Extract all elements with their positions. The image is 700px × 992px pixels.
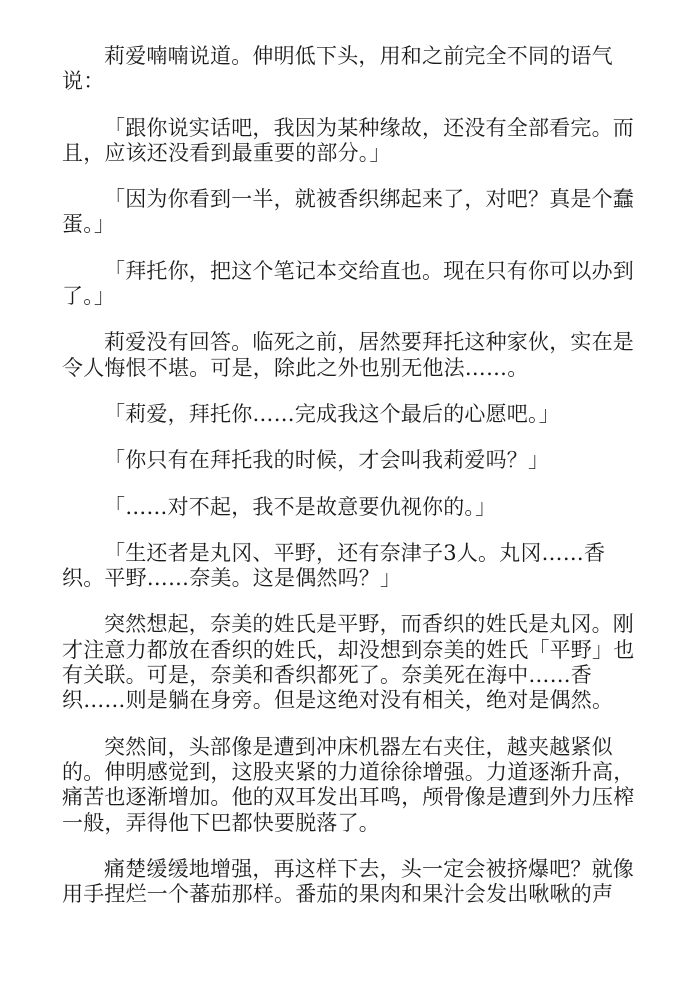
paragraph-8: 「……对不起，我不是故意要仇视你的。」: [62, 495, 634, 520]
paragraph-9: 「生还者是丸冈、平野，还有奈津子3人。丸冈……香 织。平野……奈美。这是偶然吗？…: [62, 541, 634, 592]
text-line: 了。」: [62, 284, 634, 309]
paragraph-3: 「因为你看到一半，就被香织绑起来了，对吧？真是个蠢 蛋。」: [62, 187, 634, 238]
text-line: 痛苦也逐渐增加。他的双耳发出耳鸣，颅骨像是遭到外力压榨: [62, 785, 634, 810]
text-line: 痛楚缓缓地增强，再这样下去，头一定会被挤爆吧？就像: [62, 857, 634, 882]
text-line: 莉爱没有回答。临死之前，居然要拜托这种家伙，实在是: [62, 330, 634, 355]
text-line: 「……对不起，我不是故意要仇视你的。」: [62, 495, 634, 520]
paragraph-10: 突然想起，奈美的姓氏是平野，而香织的姓氏是丸冈。刚 才注意力都放在香织的姓氏，却…: [62, 612, 634, 713]
text-line: 「生还者是丸冈、平野，还有奈津子3人。丸冈……香: [62, 541, 634, 566]
text-line: 织。平野……奈美。这是偶然吗？」: [62, 566, 634, 591]
paragraph-6: 「莉爱，拜托你……完成我这个最后的心愿吧。」: [62, 402, 634, 427]
text-line: 一般，弄得他下巴都快要脱落了。: [62, 811, 634, 836]
text-line: 的。伸明感觉到，这股夹紧的力道徐徐增强。力道逐渐升高，: [62, 760, 634, 785]
text-line: 说：: [62, 69, 634, 94]
text-line: 用手捏烂一个蕃茄那样。番茄的果肉和果汁会发出啾啾的声: [62, 882, 634, 907]
text-line: 「跟你说实话吧，我因为某种缘故，还没有全部看完。而: [62, 116, 634, 141]
text-line: 织……则是躺在身旁。但是这绝对没有相关，绝对是偶然。: [62, 688, 634, 713]
text-line: 「莉爱，拜托你……完成我这个最后的心愿吧。」: [62, 402, 634, 427]
paragraph-2: 「跟你说实话吧，我因为某种缘故，还没有全部看完。而 且，应该还没看到最重要的部分…: [62, 116, 634, 167]
text-line: 突然间，头部像是遭到冲床机器左右夹住，越夹越紧似: [62, 735, 634, 760]
paragraph-4: 「拜托你，把这个笔记本交给直也。现在只有你可以办到 了。」: [62, 259, 634, 310]
text-line: 蛋。」: [62, 212, 634, 237]
document-page: 莉爱喃喃说道。伸明低下头，用和之前完全不同的语气 说： 「跟你说实话吧，我因为某…: [62, 44, 634, 928]
text-line: 才注意力都放在香织的姓氏，却没想到奈美的姓氏「平野」也: [62, 638, 634, 663]
text-line: 有关联。可是，奈美和香织都死了。奈美死在海中……香: [62, 663, 634, 688]
paragraph-5: 莉爱没有回答。临死之前，居然要拜托这种家伙，实在是 令人悔恨不堪。可是，除此之外…: [62, 330, 634, 381]
paragraph-11: 突然间，头部像是遭到冲床机器左右夹住，越夹越紧似 的。伸明感觉到，这股夹紧的力道…: [62, 735, 634, 836]
paragraph-12: 痛楚缓缓地增强，再这样下去，头一定会被挤爆吧？就像 用手捏烂一个蕃茄那样。番茄的…: [62, 857, 634, 908]
text-line: 令人悔恨不堪。可是，除此之外也别无他法……。: [62, 356, 634, 381]
text-line: 突然想起，奈美的姓氏是平野，而香织的姓氏是丸冈。刚: [62, 612, 634, 637]
text-line: 「拜托你，把这个笔记本交给直也。现在只有你可以办到: [62, 259, 634, 284]
text-line: 「你只有在拜托我的时候，才会叫我莉爱吗？」: [62, 448, 634, 473]
paragraph-7: 「你只有在拜托我的时候，才会叫我莉爱吗？」: [62, 448, 634, 473]
text-line: 「因为你看到一半，就被香织绑起来了，对吧？真是个蠢: [62, 187, 634, 212]
paragraph-1: 莉爱喃喃说道。伸明低下头，用和之前完全不同的语气 说：: [62, 44, 634, 95]
text-line: 且，应该还没看到最重要的部分。」: [62, 141, 634, 166]
text-line: 莉爱喃喃说道。伸明低下头，用和之前完全不同的语气: [62, 44, 634, 69]
